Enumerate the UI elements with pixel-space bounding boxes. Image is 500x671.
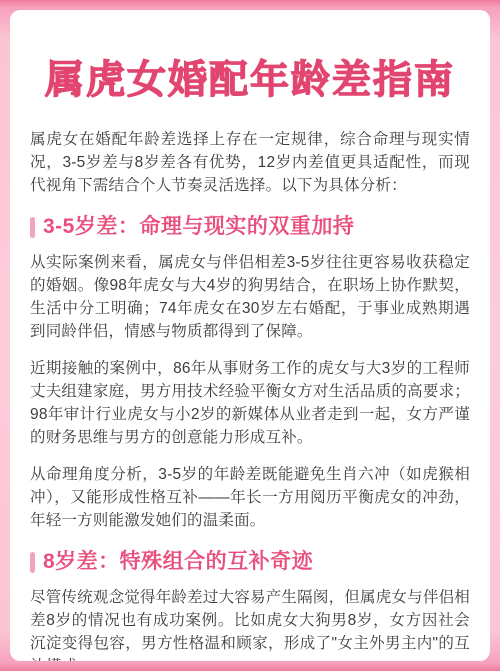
section-1-paragraph-1: 从实际案例来看，属虎女与伴侣相差3-5岁往往更容易收获稳定的婚姻。像98年虎女与… [30,251,470,343]
heading-accent-bar [30,217,35,238]
section-heading-2-text: 8岁差：特殊组合的互补奇迹 [43,549,313,575]
intro-paragraph: 属虎女在婚配年龄差选择上存在一定规律，综合命理与现实情况，3-5岁差与8岁差各有… [30,128,470,197]
section-heading-1: 3-5岁差：命理与现实的双重加持 [30,214,470,240]
section-2-paragraph-1: 尽管传统观念觉得年龄差过大容易产生隔阂，但属虎女与伴侣相差8岁的情况也有成功案例… [30,586,470,661]
section-1-paragraph-3: 从命理角度分析，3-5岁的年龄差既能避免生肖六冲（如虎猴相冲），又能形成性格互补… [30,463,470,532]
content-card: 属虎女婚配年龄差指南 属虎女在婚配年龄差选择上存在一定规律，综合命理与现实情况，… [10,10,490,661]
section-heading-1-text: 3-5岁差：命理与现实的双重加持 [43,214,354,240]
heading-accent-bar [30,552,35,573]
page-background-frame: 属虎女婚配年龄差指南 属虎女在婚配年龄差选择上存在一定规律，综合命理与现实情况，… [0,0,500,671]
section-1-paragraph-2: 近期接触的案例中，86年从事财务工作的虎女与大3岁的工程师丈夫组建家庭，男方用技… [30,357,470,449]
page-title: 属虎女婚配年龄差指南 [30,58,470,104]
section-heading-2: 8岁差：特殊组合的互补奇迹 [30,549,470,575]
